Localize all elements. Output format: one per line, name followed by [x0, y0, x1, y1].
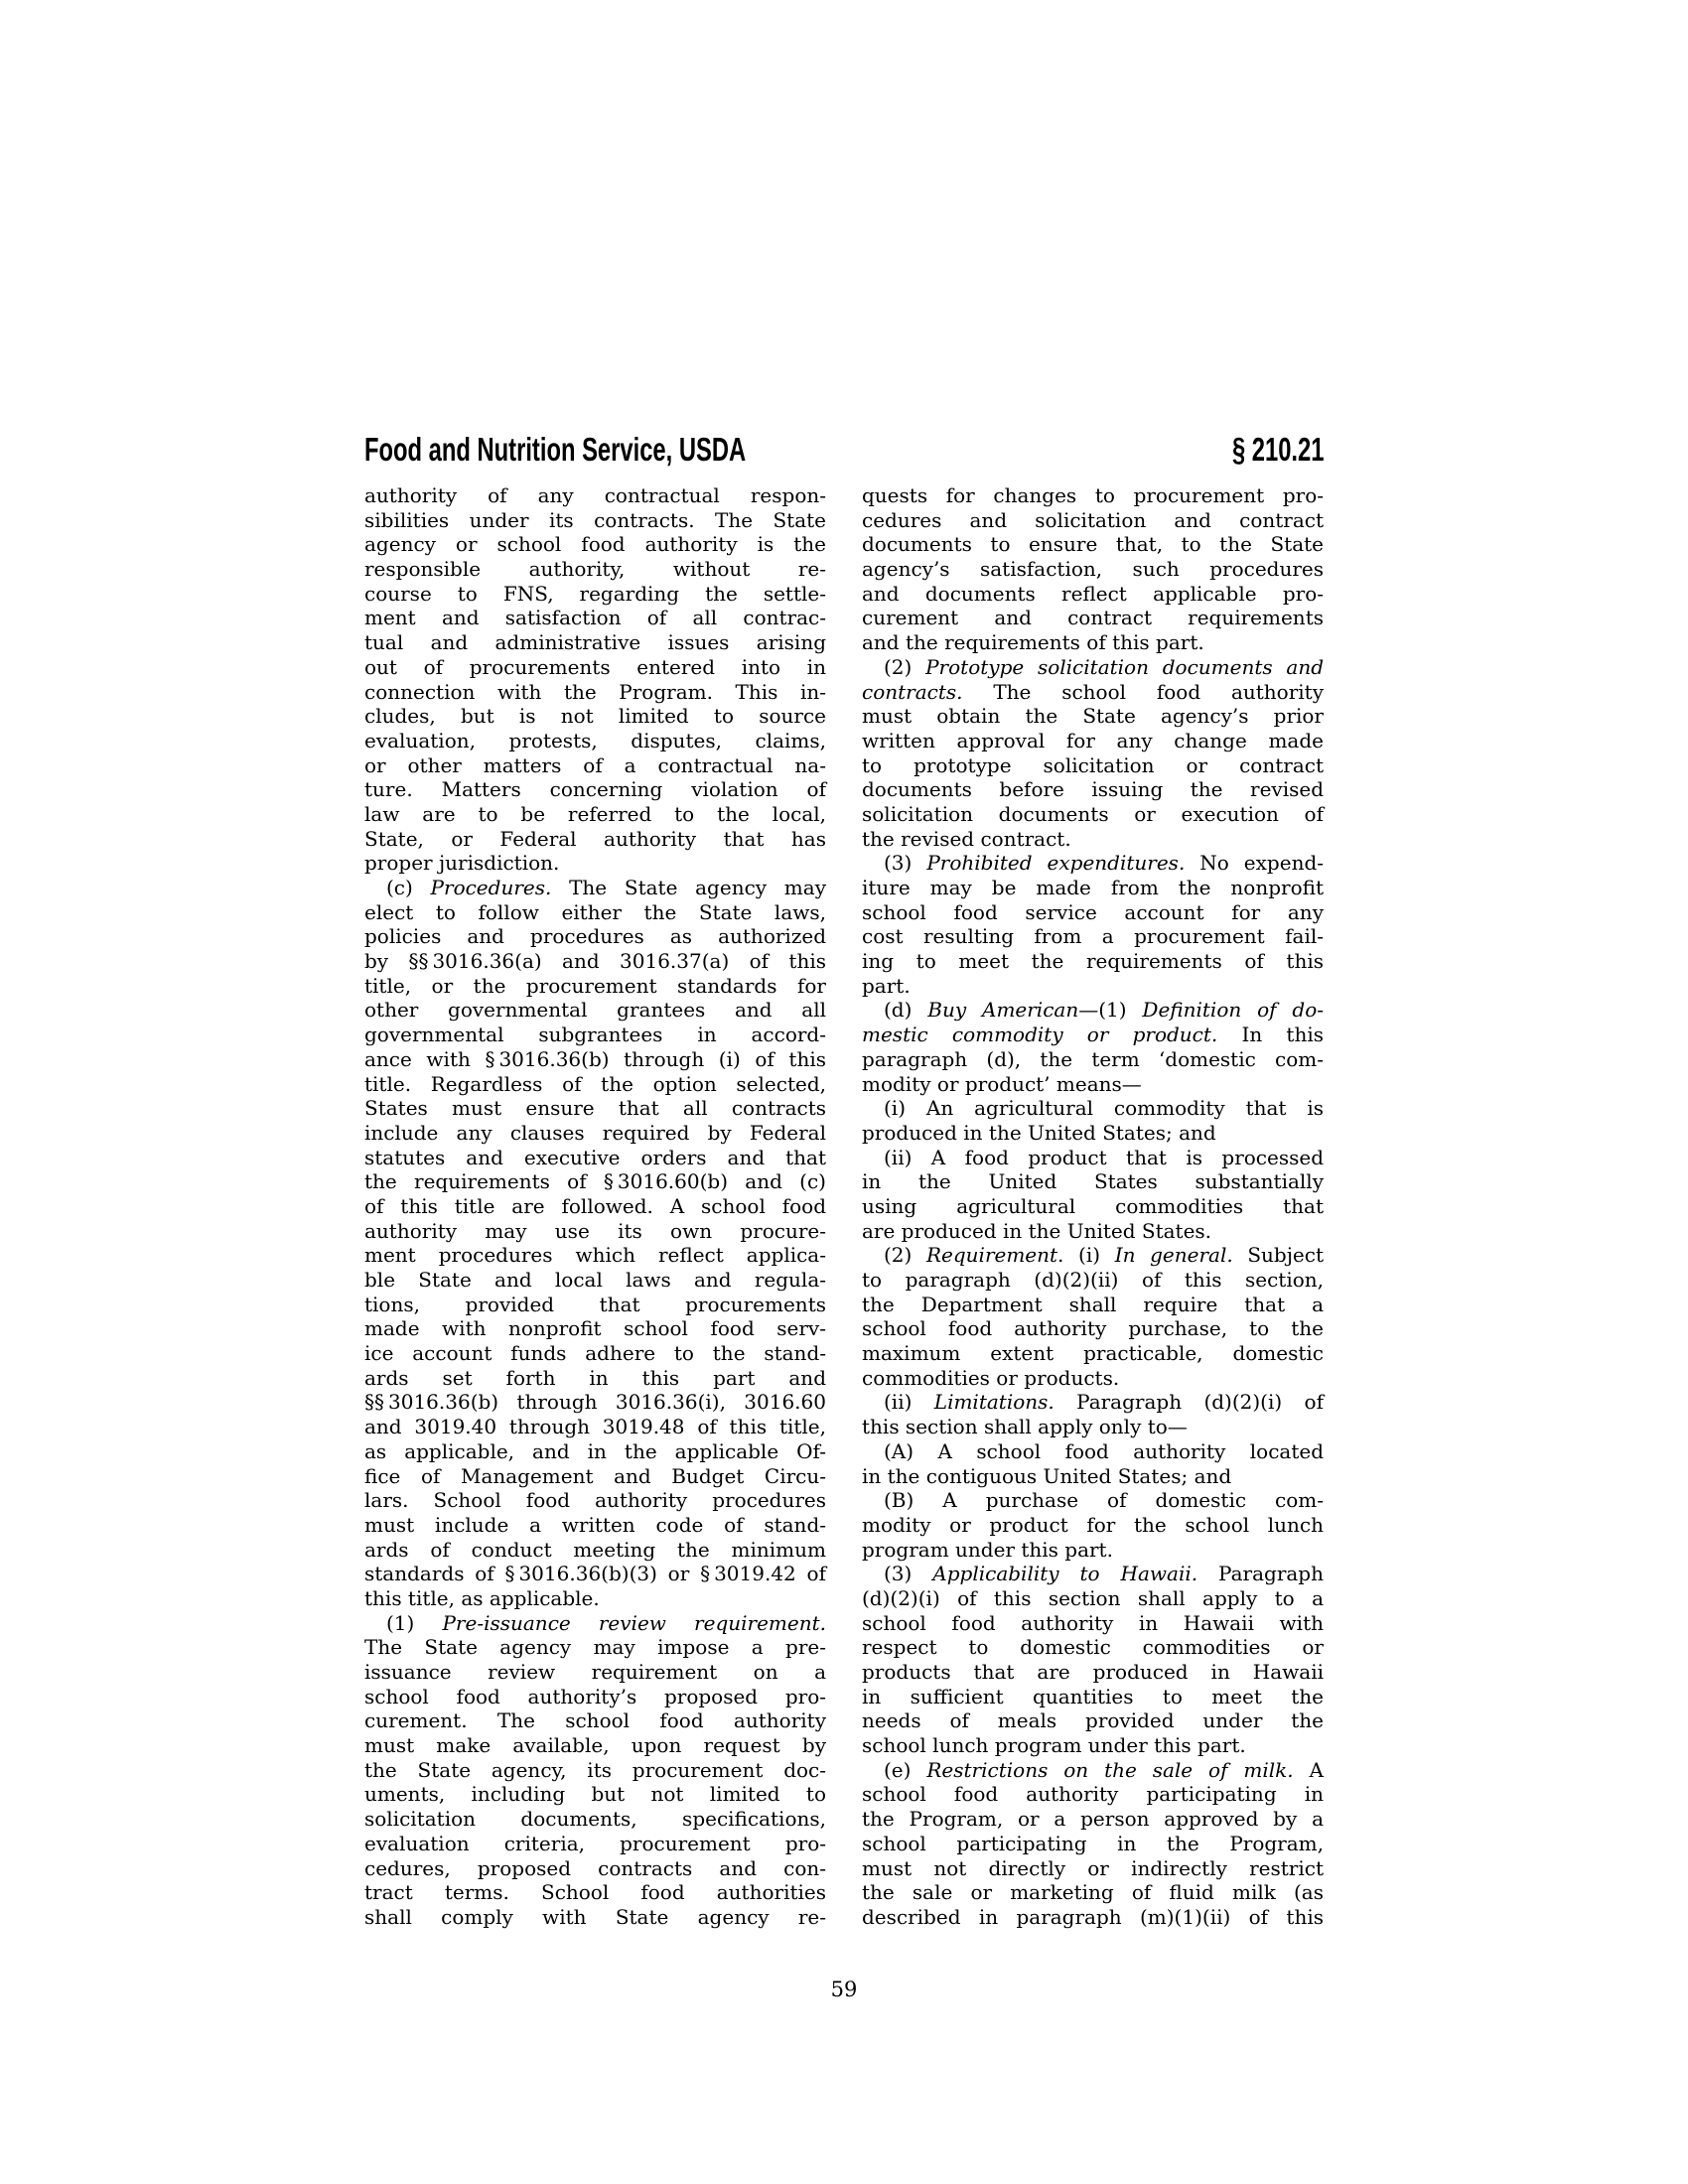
text-line: must include a written code of stand-	[364, 1513, 826, 1538]
text-line: lars. School food authority procedures	[364, 1488, 826, 1513]
text-line: title, or the procurement standards for	[364, 974, 826, 999]
text-line: school food authority participating in	[862, 1782, 1324, 1807]
text-line: made with nonprofit school food serv-	[364, 1316, 826, 1341]
text-line: school food authority purchase, to the	[862, 1316, 1324, 1341]
text-line: (d)(2)(i) of this section shall apply to…	[862, 1586, 1324, 1611]
text-line: modity or product’ means—	[862, 1072, 1324, 1097]
text-line: are produced in the United States.	[862, 1219, 1324, 1244]
text-line: curement and contract requirements	[862, 606, 1324, 630]
text-line: authority of any contractual respon-	[364, 483, 826, 508]
text-line: to prototype solicitation or contract	[862, 753, 1324, 778]
text-line: (A) A school food authority located	[862, 1439, 1324, 1464]
text-line: State, or Federal authority that has	[364, 827, 826, 852]
running-head-title: Food and Nutrition Service, USDA	[364, 433, 746, 467]
text-line: products that are produced in Hawaii	[862, 1660, 1324, 1685]
text-line: ance with § 3016.36(b) through (i) of th…	[364, 1047, 826, 1072]
text-line: cedures, proposed contracts and con-	[364, 1856, 826, 1881]
text-line: evaluation, protests, disputes, claims,	[364, 729, 826, 753]
text-line: authority may use its own procure-	[364, 1219, 826, 1244]
text-line: elect to follow either the State laws,	[364, 900, 826, 925]
text-line: the requirements of § 3016.60(b) and (c)	[364, 1169, 826, 1194]
text-line: of this title are followed. A school foo…	[364, 1194, 826, 1219]
text-line: commodities or products.	[862, 1366, 1324, 1391]
text-line: ice account funds adhere to the stand-	[364, 1341, 826, 1366]
text-line: (ii) A food product that is processed	[862, 1146, 1324, 1170]
text-line: curement. The school food authority	[364, 1708, 826, 1733]
text-line: cludes, but is not limited to source	[364, 704, 826, 729]
text-line: described in paragraph (m)(1)(ii) of thi…	[862, 1905, 1324, 1930]
text-line: uments, including but not limited to	[364, 1782, 826, 1807]
text-line: (2) Prototype solicitation documents and	[862, 655, 1324, 680]
text-line: (i) An agricultural commodity that is	[862, 1096, 1324, 1121]
text-line: the State agency, its procurement doc-	[364, 1758, 826, 1783]
text-line: (2) Requirement. (i) In general. Subject	[862, 1243, 1324, 1268]
text-line: ment procedures which reflect applica-	[364, 1243, 826, 1268]
text-line: proper jurisdiction.	[364, 851, 826, 876]
text-line: (d) Buy American—(1) Definition of do-	[862, 998, 1324, 1023]
text-line: contracts. The school food authority	[862, 680, 1324, 705]
text-line: respect to domestic commodities or	[862, 1635, 1324, 1660]
text-line: §§ 3016.36(b) through 3016.36(i), 3016.6…	[364, 1390, 826, 1415]
text-line: and documents reflect applicable pro-	[862, 582, 1324, 607]
text-line: fice of Management and Budget Circu-	[364, 1464, 826, 1489]
text-line: States must ensure that all contracts	[364, 1096, 826, 1121]
text-line: evaluation criteria, procurement pro-	[364, 1832, 826, 1856]
text-line: (c) Procedures. The State agency may	[364, 876, 826, 900]
text-line: part.	[862, 974, 1324, 999]
text-line: iture may be made from the nonprofit	[862, 876, 1324, 900]
text-line: governmental subgrantees in accord-	[364, 1023, 826, 1047]
text-line: sibilities under its contracts. The Stat…	[364, 508, 826, 533]
running-head-section-number: § 210.21	[1232, 433, 1324, 467]
text-line: solicitation documents or execution of	[862, 802, 1324, 827]
text-line: ment and satisfaction of all contrac-	[364, 606, 826, 630]
text-line: to paragraph (d)(2)(ii) of this section,	[862, 1268, 1324, 1293]
text-line: standards of § 3016.36(b)(3) or § 3019.4…	[364, 1562, 826, 1586]
text-line: the Department shall require that a	[862, 1293, 1324, 1317]
text-line: maximum extent practicable, domestic	[862, 1341, 1324, 1366]
text-line: must obtain the State agency’s prior	[862, 704, 1324, 729]
text-line: ture. Matters concerning violation of	[364, 777, 826, 802]
text-line: school food authority in Hawaii with	[862, 1611, 1324, 1636]
text-line: (3) Prohibited expenditures. No expend-	[862, 851, 1324, 876]
text-line: school participating in the Program,	[862, 1832, 1324, 1856]
text-line: tions, provided that procurements	[364, 1293, 826, 1317]
text-line: (3) Applicability to Hawaii. Paragraph	[862, 1562, 1324, 1586]
text-line: paragraph (d), the term ‘domestic com-	[862, 1047, 1324, 1072]
text-line: cedures and solicitation and contract	[862, 508, 1324, 533]
text-line: ble State and local laws and regula-	[364, 1268, 826, 1293]
text-line: (1) Pre-issuance review requirement.	[364, 1611, 826, 1636]
text-line: title. Regardless of the option selected…	[364, 1072, 826, 1097]
page-header: Food and Nutrition Service, USDA § 210.2…	[364, 433, 1324, 467]
document-page: Food and Nutrition Service, USDA § 210.2…	[0, 0, 1688, 2184]
text-line: law are to be referred to the local,	[364, 802, 826, 827]
text-line: or other matters of a contractual na-	[364, 753, 826, 778]
text-line: in the United States substantially	[862, 1169, 1324, 1194]
text-line: must not directly or indirectly restrict	[862, 1856, 1324, 1881]
text-line: ards of conduct meeting the minimum	[364, 1538, 826, 1563]
text-columns: authority of any contractual respon-sibi…	[364, 483, 1324, 1930]
text-line: issuance review requirement on a	[364, 1660, 826, 1685]
text-line: tract terms. School food authorities	[364, 1880, 826, 1905]
text-line: school food service account for any	[862, 900, 1324, 925]
text-line: school lunch program under this part.	[862, 1733, 1324, 1758]
text-line: tual and administrative issues arising	[364, 630, 826, 655]
text-line: shall comply with State agency re-	[364, 1905, 826, 1930]
text-line: the Program, or a person approved by a	[862, 1807, 1324, 1832]
text-line: agency’s satisfaction, such procedures	[862, 557, 1324, 582]
text-line: other governmental grantees and all	[364, 998, 826, 1023]
text-line: connection with the Program. This in-	[364, 680, 826, 705]
text-line: must make available, upon request by	[364, 1733, 826, 1758]
text-line: this title, as applicable.	[364, 1586, 826, 1611]
text-line: quests for changes to procurement pro-	[862, 483, 1324, 508]
text-line: out of procurements entered into in	[364, 655, 826, 680]
text-line: as applicable, and in the applicable Of-	[364, 1439, 826, 1464]
page-number: 59	[364, 1978, 1324, 2001]
text-line: school food authority’s proposed pro-	[364, 1685, 826, 1709]
text-line: and 3019.40 through 3019.48 of this titl…	[364, 1415, 826, 1439]
text-line: and the requirements of this part.	[862, 630, 1324, 655]
text-line: modity or product for the school lunch	[862, 1513, 1324, 1538]
text-line: by §§ 3016.36(a) and 3016.37(a) of this	[364, 949, 826, 974]
text-line: the revised contract.	[862, 827, 1324, 852]
text-column-right: quests for changes to procurement pro-ce…	[862, 483, 1324, 1930]
text-line: mestic commodity or product. In this	[862, 1023, 1324, 1047]
text-line: statutes and executive orders and that	[364, 1146, 826, 1170]
text-line: written approval for any change made	[862, 729, 1324, 753]
text-line: course to FNS, regarding the settle-	[364, 582, 826, 607]
text-column-left: authority of any contractual respon-sibi…	[364, 483, 826, 1930]
text-line: in sufficient quantities to meet the	[862, 1685, 1324, 1709]
text-line: documents before issuing the revised	[862, 777, 1324, 802]
text-line: solicitation documents, specifications,	[364, 1807, 826, 1832]
text-line: program under this part.	[862, 1538, 1324, 1563]
text-line: policies and procedures as authorized	[364, 924, 826, 949]
text-line: cost resulting from a procurement fail-	[862, 924, 1324, 949]
text-line: the sale or marketing of fluid milk (as	[862, 1880, 1324, 1905]
text-line: The State agency may impose a pre-	[364, 1635, 826, 1660]
text-line: (B) A purchase of domestic com-	[862, 1488, 1324, 1513]
text-line: agency or school food authority is the	[364, 532, 826, 557]
text-line: in the contiguous United States; and	[862, 1464, 1324, 1489]
text-line: documents to ensure that, to the State	[862, 532, 1324, 557]
text-line: ing to meet the requirements of this	[862, 949, 1324, 974]
text-line: (e) Restrictions on the sale of milk. A	[862, 1758, 1324, 1783]
text-line: this section shall apply only to—	[862, 1415, 1324, 1439]
text-line: using agricultural commodities that	[862, 1194, 1324, 1219]
text-line: produced in the United States; and	[862, 1121, 1324, 1146]
text-line: needs of meals provided under the	[862, 1708, 1324, 1733]
text-line: include any clauses required by Federal	[364, 1121, 826, 1146]
text-line: (ii) Limitations. Paragraph (d)(2)(i) of	[862, 1390, 1324, 1415]
text-line: responsible authority, without re-	[364, 557, 826, 582]
text-line: ards set forth in this part and	[364, 1366, 826, 1391]
